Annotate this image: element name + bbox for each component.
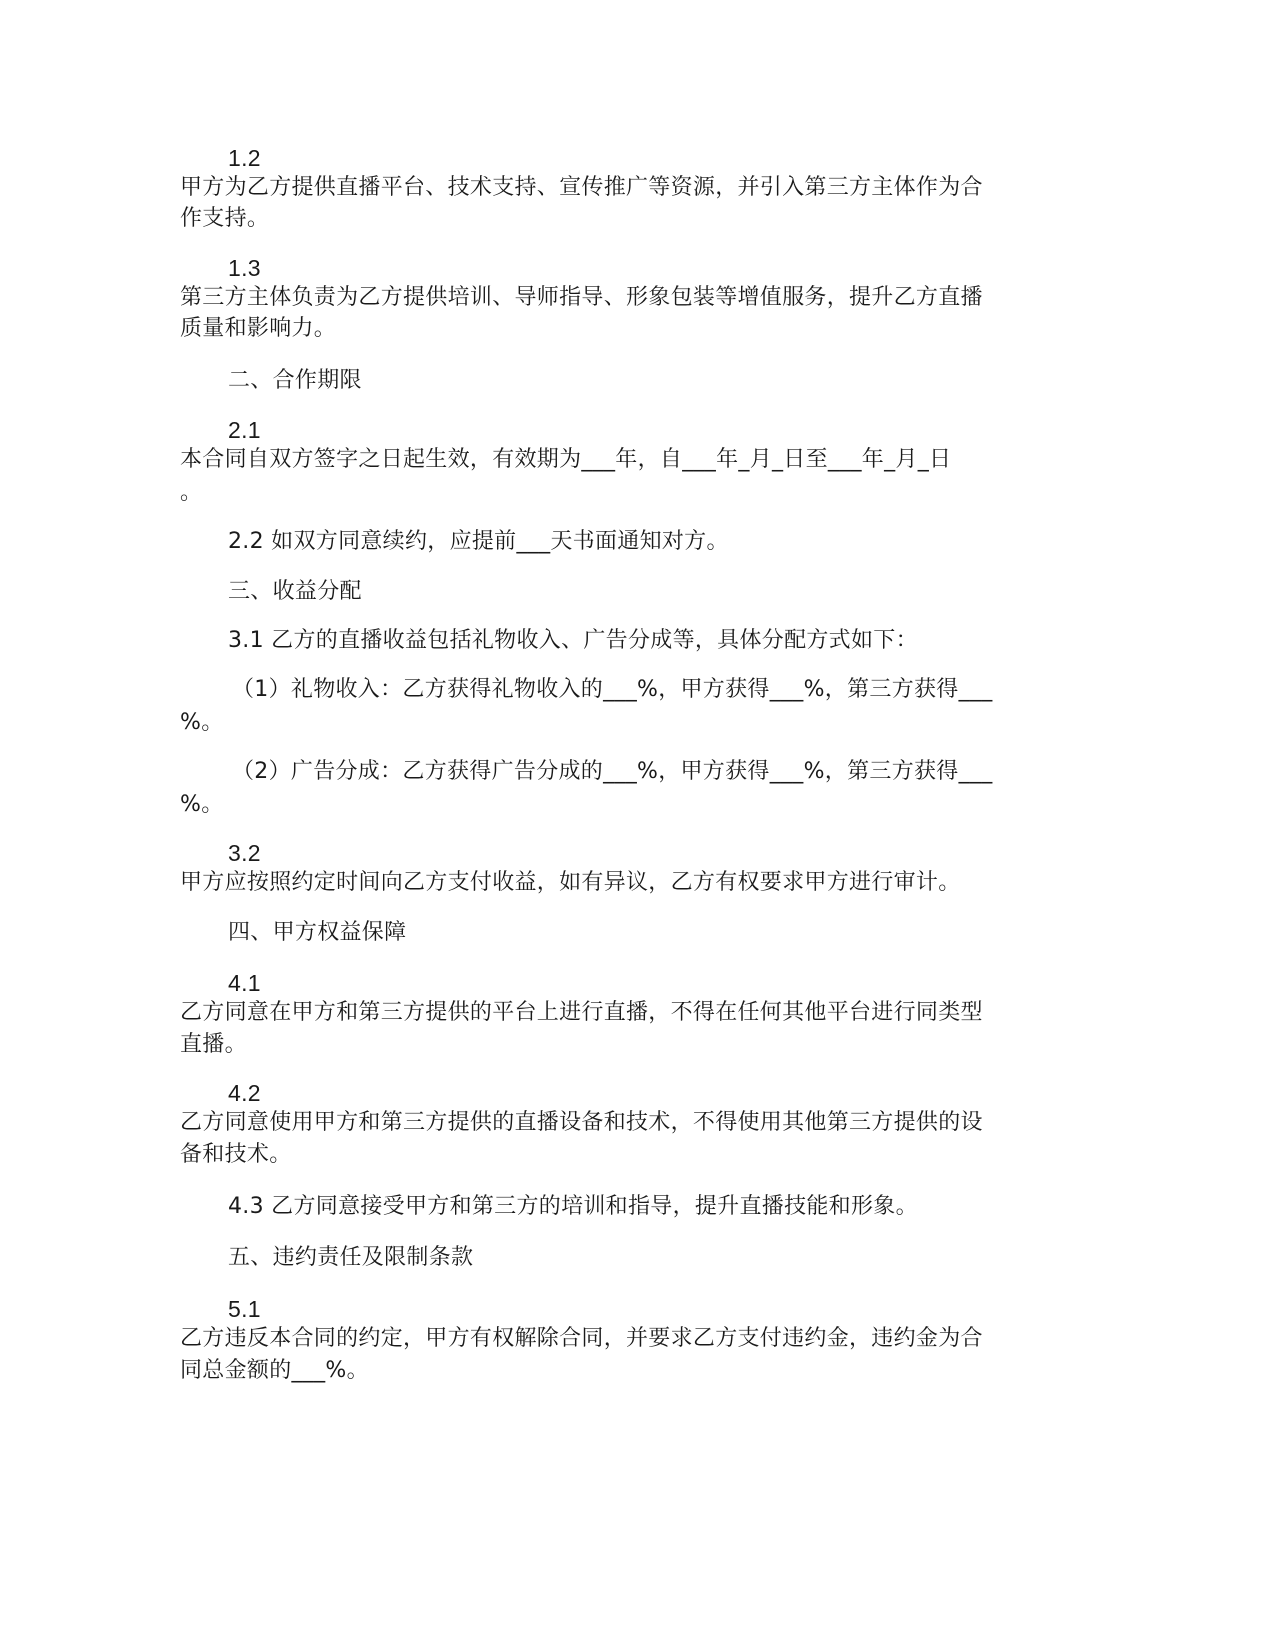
clause-number-3-2: 3.2 bbox=[228, 838, 261, 868]
paragraph-2-1-line-1: 本合同自双方签字之日起生效，有效期为___年，自___年_月_日至___年_月_… bbox=[180, 445, 951, 475]
paragraph-4-1-line-1: 乙方同意在甲方和第三方提供的平台上进行直播，不得在任何其他平台进行同类型 bbox=[180, 998, 983, 1028]
clause-2-2: 2.2 如双方同意续约，应提前___天书面通知对方。 bbox=[228, 527, 729, 557]
paragraph-4-2-line-2: 备和技术。 bbox=[180, 1140, 292, 1170]
paragraph-1-3-line-2: 质量和影响力。 bbox=[180, 314, 336, 344]
clause-4-3: 4.3 乙方同意接受甲方和第三方的培训和指导，提升直播技能和形象。 bbox=[228, 1192, 918, 1222]
section-heading-3: 三、收益分配 bbox=[228, 577, 362, 607]
paragraph-1-2-line-1: 甲方为乙方提供直播平台、技术支持、宣传推广等资源，并引入第三方主体作为合 bbox=[180, 173, 983, 203]
clause-number-2-1: 2.1 bbox=[228, 415, 261, 445]
clause-number-1-3: 1.3 bbox=[228, 253, 261, 283]
clause-3-1-item-1-line-1: （1）礼物收入：乙方获得礼物收入的___%，甲方获得___%，第三方获得___ bbox=[232, 675, 993, 705]
paragraph-1-3-line-1: 第三方主体负责为乙方提供培训、导师指导、形象包装等增值服务，提升乙方直播 bbox=[180, 283, 983, 313]
section-heading-4: 四、甲方权益保障 bbox=[228, 918, 406, 948]
paragraph-5-1-line-2: 同总金额的___%。 bbox=[180, 1356, 369, 1386]
paragraph-4-1-line-2: 直播。 bbox=[180, 1030, 247, 1060]
clause-number-1-2: 1.2 bbox=[228, 143, 261, 173]
clause-3-1: 3.1 乙方的直播收益包括礼物收入、广告分成等，具体分配方式如下： bbox=[228, 626, 918, 656]
paragraph-2-1-line-2: 。 bbox=[180, 478, 202, 508]
clause-3-1-item-2-line-2: %。 bbox=[180, 790, 224, 820]
clause-number-4-2: 4.2 bbox=[228, 1078, 261, 1108]
clause-number-4-1: 4.1 bbox=[228, 968, 261, 998]
paragraph-5-1-line-1: 乙方违反本合同的约定，甲方有权解除合同，并要求乙方支付违约金，违约金为合 bbox=[180, 1324, 983, 1354]
section-heading-2: 二、合作期限 bbox=[228, 366, 362, 396]
paragraph-3-2-line-1: 甲方应按照约定时间向乙方支付收益，如有异议，乙方有权要求甲方进行审计。 bbox=[180, 868, 961, 898]
clause-number-5-1: 5.1 bbox=[228, 1294, 261, 1324]
clause-3-1-item-1-line-2: %。 bbox=[180, 708, 224, 738]
section-heading-5: 五、违约责任及限制条款 bbox=[228, 1243, 473, 1273]
clause-3-1-item-2-line-1: （2）广告分成：乙方获得广告分成的___%，甲方获得___%，第三方获得___ bbox=[232, 757, 993, 787]
document-page: 1.2 甲方为乙方提供直播平台、技术支持、宣传推广等资源，并引入第三方主体作为合… bbox=[0, 0, 1275, 1650]
paragraph-4-2-line-1: 乙方同意使用甲方和第三方提供的直播设备和技术，不得使用其他第三方提供的设 bbox=[180, 1108, 983, 1138]
paragraph-1-2-line-2: 作支持。 bbox=[180, 204, 269, 234]
